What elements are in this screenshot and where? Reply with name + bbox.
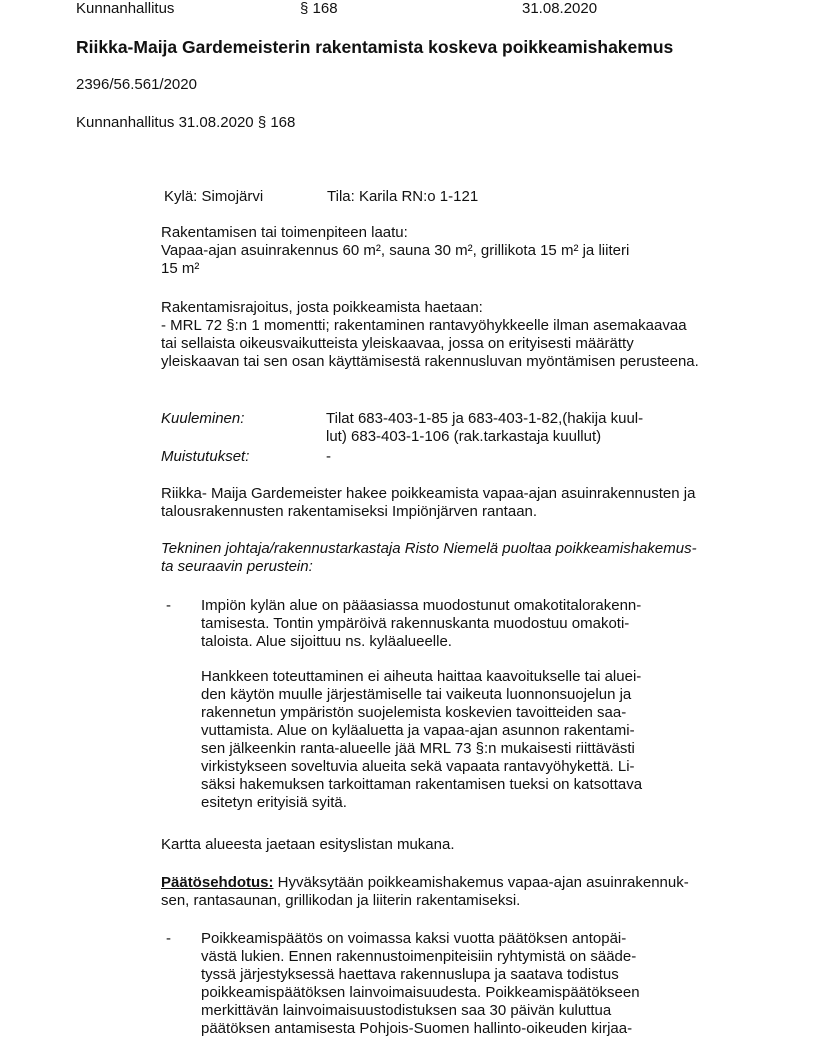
map-note: Kartta alueesta jaetaan esityslistan muk… bbox=[161, 836, 455, 853]
proposal-text: Hyväksytään poikkeamishakemus vapaa-ajan… bbox=[274, 874, 689, 891]
grounds-line: sen jälkeenkin ranta-alueelle jää MRL 73… bbox=[201, 740, 701, 758]
objections-value: - bbox=[326, 448, 331, 465]
hearing-line: Tilat 683-403-1-85 ja 683-403-1-82,(haki… bbox=[326, 410, 643, 428]
construction-type-line: Vapaa-ajan asuinrakennus 60 m², sauna 30… bbox=[161, 242, 721, 260]
construction-type-heading: Rakentamisen tai toimenpiteen laatu: bbox=[161, 224, 721, 242]
application-text: Riikka- Maija Gardemeister hakee poikkea… bbox=[161, 485, 721, 521]
grounds-paragraph: Hankkeen toteuttaminen ei aiheuta haitta… bbox=[201, 668, 701, 812]
village-label: Kylä: Simojärvi bbox=[164, 188, 263, 205]
header-section: § 168 bbox=[300, 0, 338, 17]
recommendation-line: ta seuraavin perustein: bbox=[161, 558, 721, 576]
conditions-line: merkittävän lainvoimaisuustodistuksen sa… bbox=[201, 1002, 701, 1020]
grounds-line: vuttamista. Alue on kyläaluetta ja vapaa… bbox=[201, 722, 701, 740]
conditions-line: päätöksen antamisesta Pohjois-Suomen hal… bbox=[201, 1020, 701, 1038]
estate-label: Tila: Karila RN:o 1-121 bbox=[327, 188, 478, 205]
objections-label: Muistutukset: bbox=[161, 448, 249, 465]
grounds-line: esitetyn erityisiä syitä. bbox=[201, 794, 701, 812]
restriction: Rakentamisrajoitus, josta poikkeamista h… bbox=[161, 299, 721, 371]
decision-proposal: Päätösehdotus: Hyväksytään poikkeamishak… bbox=[161, 874, 721, 910]
hearing-label: Kuuleminen: bbox=[161, 410, 244, 427]
header-body: Kunnanhallitus bbox=[76, 0, 174, 17]
construction-type: Rakentamisen tai toimenpiteen laatu: Vap… bbox=[161, 224, 721, 278]
hearing-value: Tilat 683-403-1-85 ja 683-403-1-82,(haki… bbox=[326, 410, 643, 446]
proposal-line: sen, rantasaunan, grillikodan ja liiteri… bbox=[161, 892, 721, 910]
grounds-line: Hankkeen toteuttaminen ei aiheuta haitta… bbox=[201, 668, 701, 686]
recommendation-text: Tekninen johtaja/rakennustarkastaja Rist… bbox=[161, 540, 721, 576]
grounds-line: den käytön muulle järjestämiselle tai va… bbox=[201, 686, 701, 704]
grounds-line: tamisesta. Tontin ympäröivä rakennuskant… bbox=[201, 615, 701, 633]
grounds-line: taloista. Alue sijoittuu ns. kyläalueell… bbox=[201, 633, 701, 651]
grounds-line: Impiön kylän alue on pääasiassa muodostu… bbox=[201, 597, 701, 615]
grounds-line: virkistykseen soveltuvia alueita sekä va… bbox=[201, 758, 701, 776]
header-date: 31.08.2020 bbox=[522, 0, 597, 17]
restriction-line: yleiskaavan tai sen osan käyttämisestä r… bbox=[161, 353, 721, 371]
bullet-dash: - bbox=[166, 597, 171, 614]
conditions-line: tyssä järjestyksessä haettava rakennuslu… bbox=[201, 966, 701, 984]
grounds-line: säksi hakemuksen tarkoittaman rakentamis… bbox=[201, 776, 701, 794]
page-title: Riikka-Maija Gardemeisterin rakentamista… bbox=[76, 37, 673, 58]
grounds-item: Impiön kylän alue on pääasiassa muodostu… bbox=[201, 597, 701, 651]
record-number: 2396/56.561/2020 bbox=[76, 76, 197, 93]
construction-type-line: 15 m² bbox=[161, 260, 721, 278]
recommendation-line: Tekninen johtaja/rakennustarkastaja Rist… bbox=[161, 540, 721, 558]
application-line: Riikka- Maija Gardemeister hakee poikkea… bbox=[161, 485, 721, 503]
restriction-line: - MRL 72 §:n 1 momentti; rakentaminen ra… bbox=[161, 317, 721, 335]
conditions-line: västä lukien. Ennen rakennustoimenpiteis… bbox=[201, 948, 701, 966]
restriction-heading: Rakentamisrajoitus, josta poikkeamista h… bbox=[161, 299, 721, 317]
conditions-line: poikkeamispäätöksen lainvoimaisuudesta. … bbox=[201, 984, 701, 1002]
meeting-reference: Kunnanhallitus 31.08.2020 § 168 bbox=[76, 114, 295, 131]
grounds-line: rakennetun ympäristön suojelemista koske… bbox=[201, 704, 701, 722]
bullet-dash: - bbox=[166, 930, 171, 947]
conditions-item: Poikkeamispäätös on voimassa kaksi vuott… bbox=[201, 930, 701, 1038]
restriction-line: tai sellaista oikeusvaikutteista yleiska… bbox=[161, 335, 721, 353]
conditions-line: Poikkeamispäätös on voimassa kaksi vuott… bbox=[201, 930, 701, 948]
hearing-line: lut) 683-403-1-106 (rak.tarkastaja kuull… bbox=[326, 428, 643, 446]
application-line: talousrakennusten rakentamiseksi Impiönj… bbox=[161, 503, 721, 521]
proposal-label: Päätösehdotus: bbox=[161, 874, 274, 891]
